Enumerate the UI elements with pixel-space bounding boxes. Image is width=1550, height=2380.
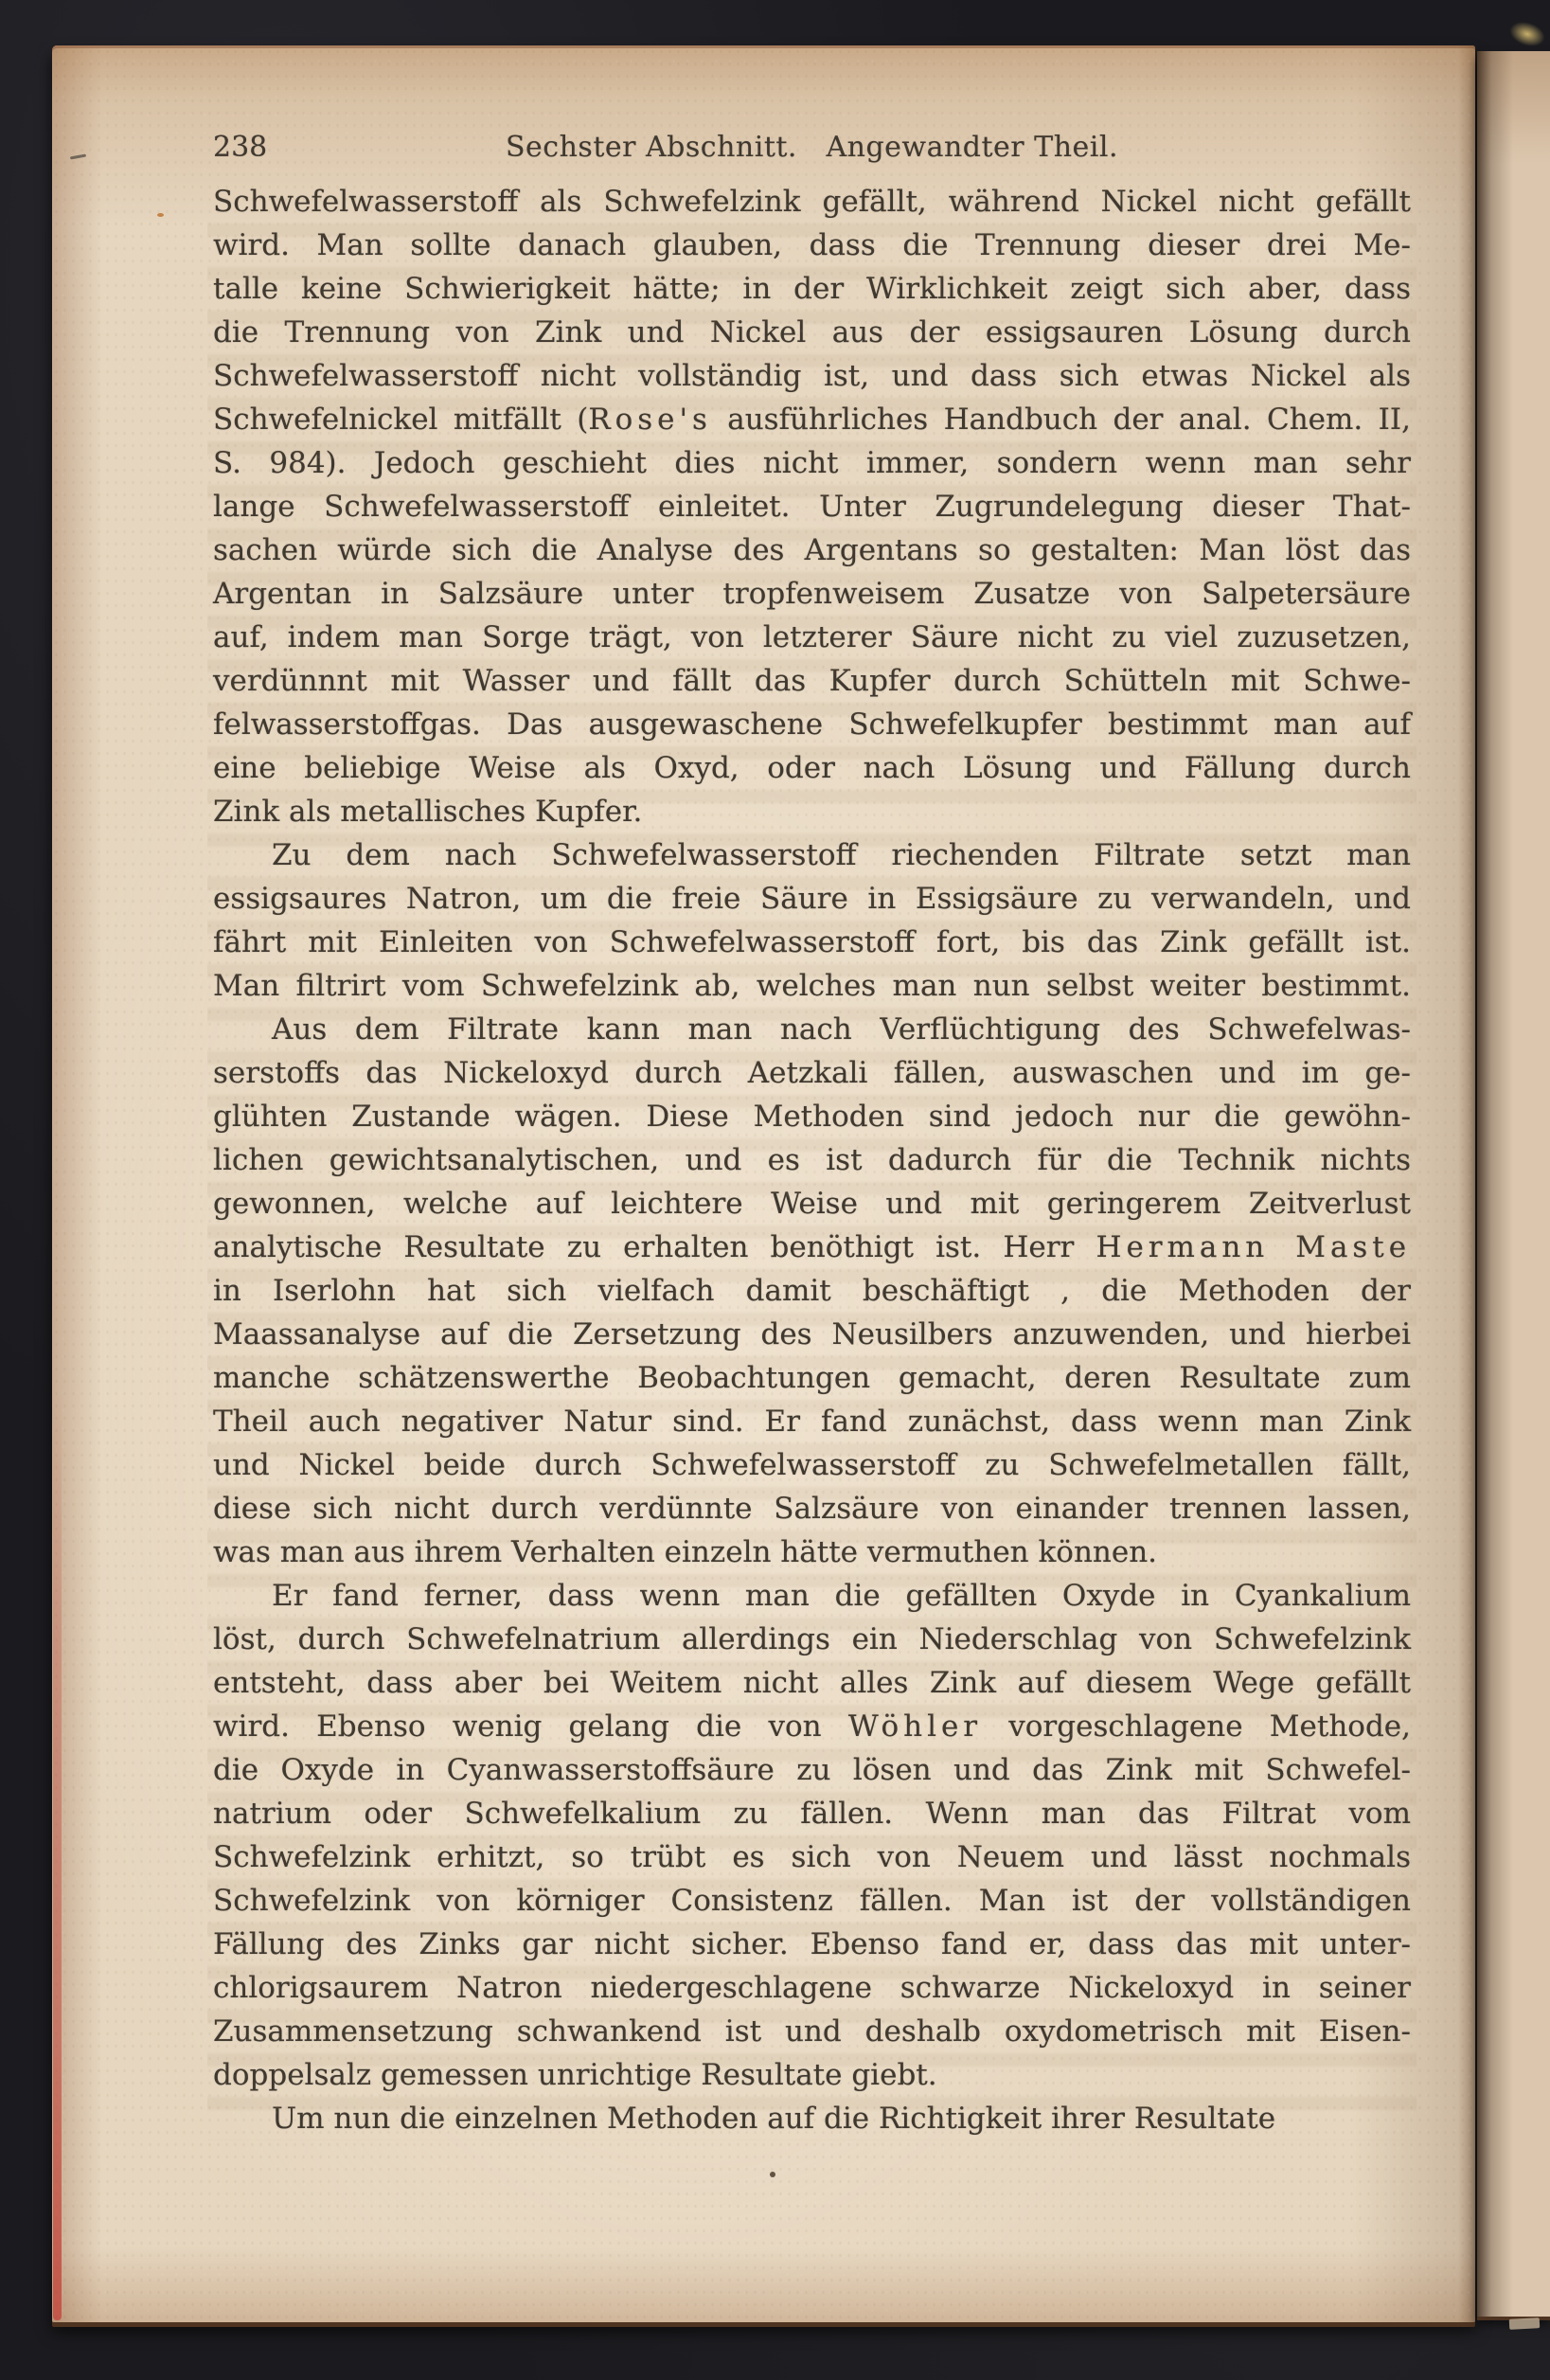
text-line: doppelsalz gemessen unrichtige Resultate… — [213, 2053, 1411, 2097]
text-line: lichen gewichtsanalytischen, und es ist … — [213, 1138, 1411, 1182]
paragraph: Zu dem nach Schwefelwasserstoff riechend… — [213, 833, 1411, 1008]
text-line: eine beliebige Weise als Oxyd, oder nach… — [213, 746, 1411, 790]
text-line: glühten Zustande wägen. Diese Methoden s… — [213, 1095, 1411, 1138]
paper-fiber-tuft — [1506, 18, 1548, 51]
text-line: chlorigsaurem Natron niedergeschlagene s… — [213, 1966, 1411, 2010]
red-page-edge — [53, 1392, 62, 2320]
text-line: Aus dem Filtrate kann man nach Verflücht… — [213, 1008, 1411, 1051]
page-header: 238 Sechster Abschnitt. Angewandter Thei… — [213, 127, 1411, 169]
text-line: Schwefelwasserstoff nicht vollständig is… — [213, 354, 1411, 398]
text-line: Fällung des Zinks gar nicht sicher. Eben… — [213, 1923, 1411, 1966]
body-text: Schwefelwasserstoff als Schwefelzink gef… — [213, 180, 1411, 2140]
text-line: Schwefelnickel mitfällt (Rose's ausführl… — [213, 398, 1411, 441]
adjacent-page-edge — [1477, 51, 1550, 2317]
text-line: gewonnen, welche auf leichtere Weise und… — [213, 1182, 1411, 1226]
text-line: talle keine Schwierigkeit hätte; in der … — [213, 267, 1411, 311]
text-line: in Iserlohn hat sich vielfach damit besc… — [213, 1269, 1411, 1313]
text-line: die Trennung von Zink und Nickel aus der… — [213, 311, 1411, 354]
letterspaced-emphasis: Rose's — [588, 403, 711, 437]
text-line: serstoffs das Nickeloxyd durch Aetzkali … — [213, 1051, 1411, 1095]
text-line: analytische Resultate zu erhalten benöth… — [213, 1226, 1411, 1269]
text-line: Schwefelzink erhitzt, so trübt es sich v… — [213, 1835, 1411, 1879]
text-line: Argentan in Salzsäure unter tropfenweise… — [213, 572, 1411, 616]
text-line: felwasserstoffgas. Das ausgewaschene Sch… — [213, 703, 1411, 746]
letterspaced-emphasis: Hermann Maste — [1096, 1230, 1411, 1264]
text-line: Um nun die einzelnen Methoden auf die Ri… — [213, 2097, 1411, 2140]
book-page: 238 Sechster Abschnitt. Angewandter Thei… — [52, 45, 1475, 2322]
text-line: Zusammensetzung schwankend ist und desha… — [213, 2010, 1411, 2053]
text-line: fährt mit Einleiten von Schwefelwasserst… — [213, 921, 1411, 964]
text-line: Zu dem nach Schwefelwasserstoff riechend… — [213, 833, 1411, 877]
text-line: Schwefelzink von körniger Consistenz fäl… — [213, 1879, 1411, 1923]
running-header: Sechster Abschnitt. Angewandter Theil. — [213, 127, 1411, 169]
paragraph: Er fand ferner, dass wenn man die gefäll… — [213, 1574, 1411, 2097]
text-line: was man aus ihrem Verhalten einzeln hätt… — [213, 1530, 1411, 1574]
text-line: manche schätzenswerthe Beobachtungen gem… — [213, 1356, 1411, 1400]
page-stack-edge — [1509, 2317, 1541, 2330]
text-line: sachen würde sich die Analyse des Argent… — [213, 528, 1411, 572]
text-line: wird. Man sollte danach glauben, dass di… — [213, 224, 1411, 267]
text-line: wird. Ebenso wenig gelang die von Wöhler… — [213, 1705, 1411, 1748]
text-line: löst, durch Schwefelnatrium allerdings e… — [213, 1618, 1411, 1661]
text-line: Man filtrirt vom Schwefelzink ab, welche… — [213, 964, 1411, 1008]
text-line: diese sich nicht durch verdünnte Salzsäu… — [213, 1487, 1411, 1530]
letterspaced-emphasis: Wöhler — [848, 1709, 982, 1744]
text-line: S. 984). Jedoch geschieht dies nicht imm… — [213, 441, 1411, 485]
text-line: verdünnnt mit Wasser und fällt das Kupfe… — [213, 659, 1411, 703]
text-line: die Oxyde in Cyanwasserstoffsäure zu lös… — [213, 1748, 1411, 1792]
paragraph: Aus dem Filtrate kann man nach Verflücht… — [213, 1008, 1411, 1574]
paragraph: Schwefelwasserstoff als Schwefelzink gef… — [213, 180, 1411, 833]
text-line: Schwefelwasserstoff als Schwefelzink gef… — [213, 180, 1411, 224]
paragraph: Um nun die einzelnen Methoden auf die Ri… — [213, 2097, 1411, 2140]
text-line: natrium oder Schwefelkalium zu fällen. W… — [213, 1792, 1411, 1835]
text-line: Zink als metallisches Kupfer. — [213, 790, 1411, 833]
text-line: lange Schwefelwasserstoff einleitet. Unt… — [213, 485, 1411, 528]
text-line: auf, indem man Sorge trägt, von letztere… — [213, 616, 1411, 659]
page-number: 238 — [213, 127, 267, 169]
text-line: Theil auch negativer Natur sind. Er fand… — [213, 1400, 1411, 1443]
text-line: und Nickel beide durch Schwefelwassersto… — [213, 1443, 1411, 1487]
text-line: entsteht, dass aber bei Weitem nicht all… — [213, 1661, 1411, 1705]
text-line: essigsaures Natron, um die freie Säure i… — [213, 877, 1411, 921]
text-line: Maassanalyse auf die Zersetzung des Neus… — [213, 1313, 1411, 1356]
text-line: Er fand ferner, dass wenn man die gefäll… — [213, 1574, 1411, 1618]
